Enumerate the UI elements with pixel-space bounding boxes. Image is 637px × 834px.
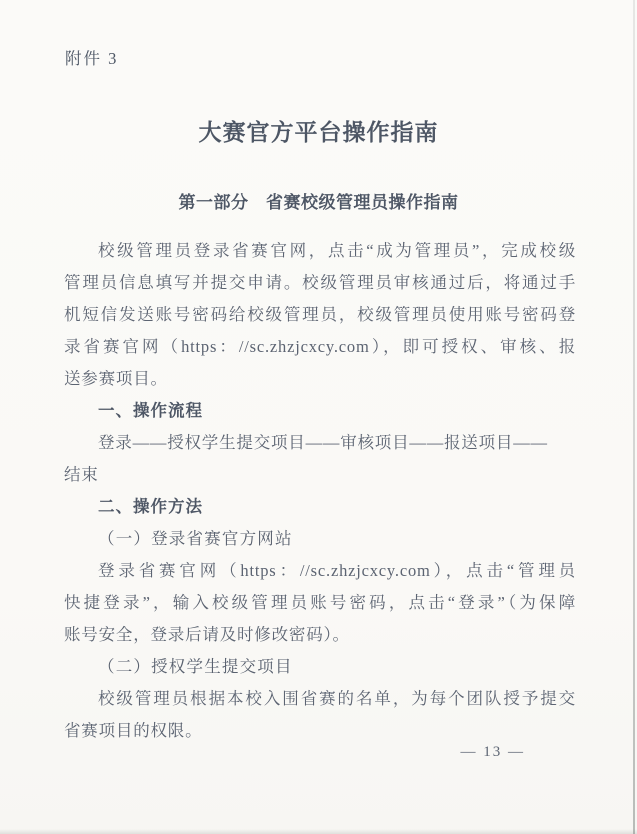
section-heading: 第一部分 省赛校级管理员操作指南	[0, 188, 637, 213]
text-line-body: 登录省赛官网（https：//sc.zhzjcxcy.com），点击“管理员	[64, 555, 576, 587]
scan-edge-shadow	[0, 829, 637, 834]
text-line-body: 登录——授权学生提交项目——审核项目——报送项目——	[64, 427, 576, 459]
document-body: 校级管理员登录省赛官网，点击“成为管理员”，完成校级管理员信息填写并提交申请。校…	[64, 235, 576, 747]
text-line-body: 校级管理员登录省赛官网，点击“成为管理员”，完成校级	[64, 235, 576, 267]
scan-edge-line	[633, 0, 635, 834]
text-line-body: 校级管理员根据本校入围省赛的名单，为每个团队授予提交	[64, 683, 576, 715]
attachment-label: 附件 3	[65, 45, 118, 69]
document-title: 大赛官方平台操作指南	[0, 114, 637, 147]
scanned-document-page: 附件 3 大赛官方平台操作指南 第一部分 省赛校级管理员操作指南 校级管理员登录…	[0, 0, 637, 834]
text-line-body: 机短信发送账号密码给校级管理员，校级管理员使用账号密码登	[64, 299, 576, 331]
text-line-subhead: （一）登录省赛官方网站	[64, 523, 576, 555]
text-line-body: 送参赛项目。	[64, 363, 576, 395]
text-line-heading: 一、操作流程	[64, 395, 576, 427]
page-number: — 13 —	[461, 742, 526, 762]
text-line-subhead: （二）授权学生提交项目	[64, 651, 576, 683]
text-line-body: 快捷登录”，输入校级管理员账号密码，点击“登录”（为保障	[64, 587, 576, 619]
text-line-body: 账号安全，登录后请及时修改密码）。	[64, 619, 576, 651]
text-line-body: 管理员信息填写并提交申请。校级管理员审核通过后，将通过手	[64, 267, 576, 299]
text-line-body: 结束	[64, 459, 576, 491]
text-line-body: 录省赛官网（https：//sc.zhzjcxcy.com），即可授权、审核、报	[64, 331, 576, 363]
text-line-heading: 二、操作方法	[64, 491, 576, 523]
